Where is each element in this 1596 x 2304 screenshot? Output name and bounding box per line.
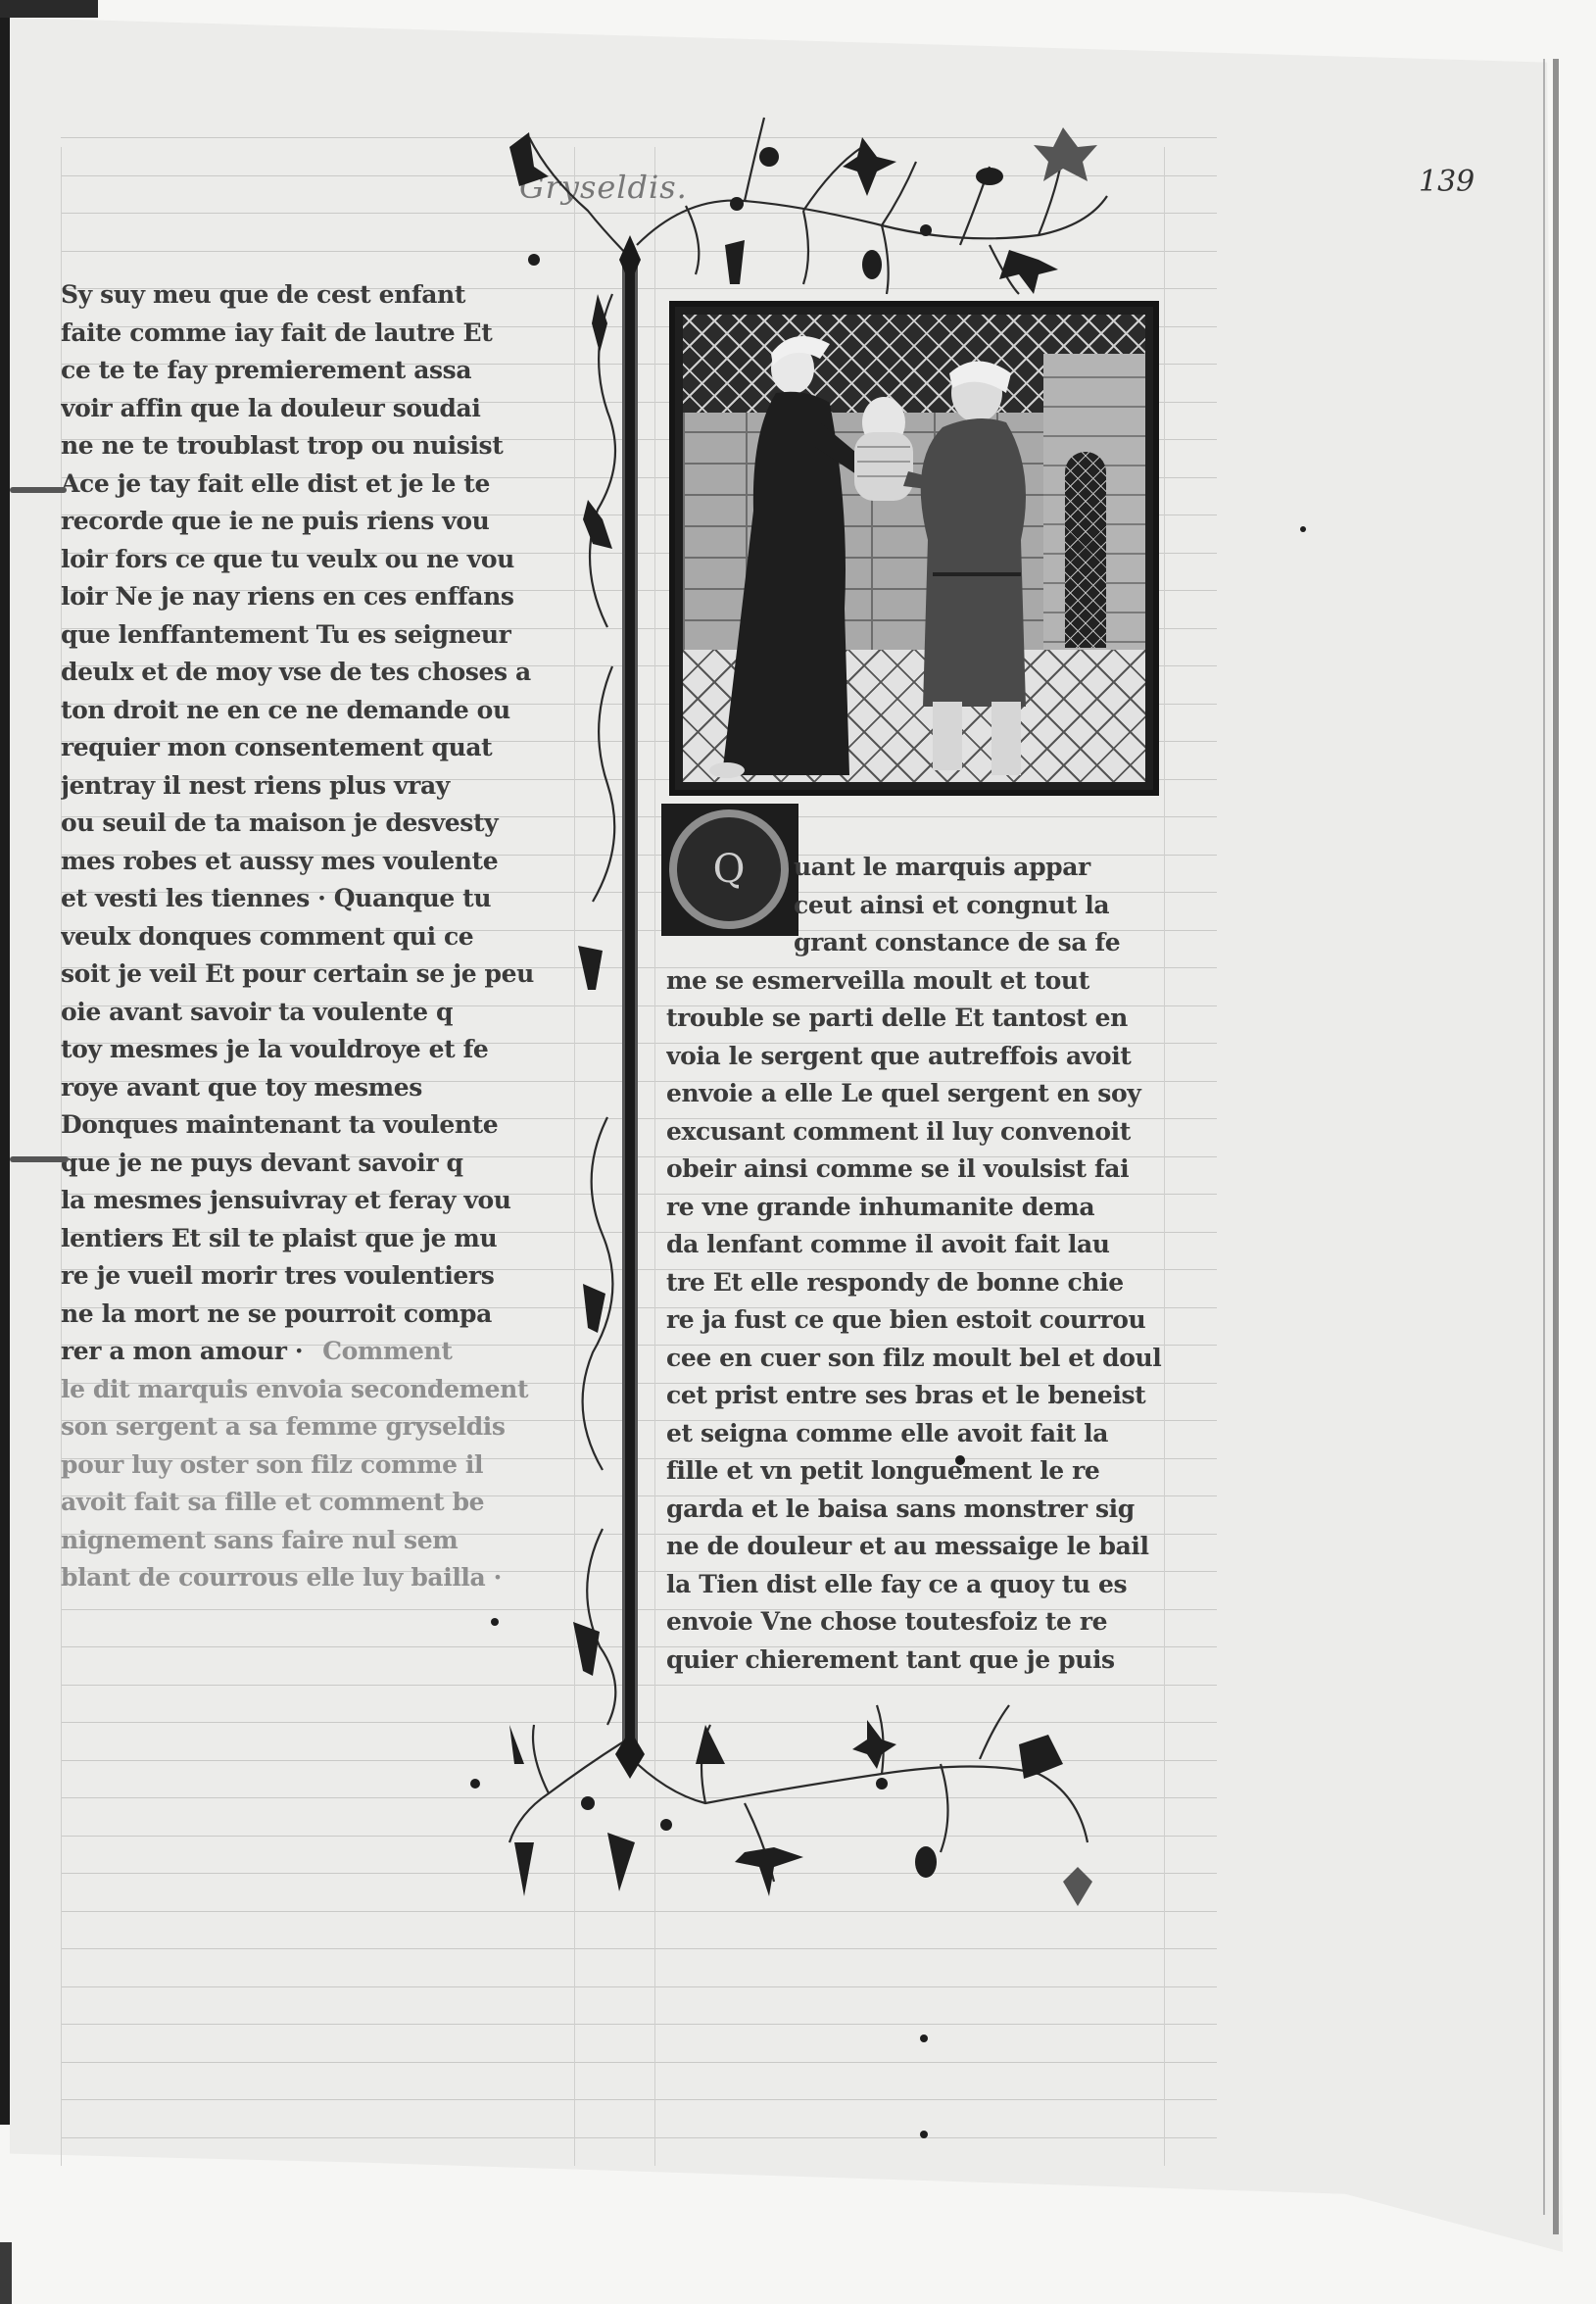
text-line: oie avant savoir ta voulente q [61,994,570,1032]
text-line: Donques maintenant ta voulente [61,1106,570,1145]
text-line: excusant comment il luy convenoit [666,1113,1176,1152]
page-edge-inner [1543,59,1545,2215]
text-line: toy mesmes je la vouldroye et fe [61,1031,570,1069]
ruling-line [61,1685,1217,1686]
text-line: re vne grande inhumanite dema [666,1189,1176,1227]
miniature-illustration [669,301,1159,796]
ruling-line [61,2024,1217,2025]
text-line: que je ne puys devant savoir q [61,1145,570,1183]
text-line: tre Et elle respondy de bonne chie [666,1264,1176,1302]
ruling-line [61,1760,1217,1761]
paragraph-mark [10,1156,69,1162]
text-line: ne la mort ne se pourroit compa [61,1296,570,1334]
text-line: loir Ne je nay riens en ces enffans [61,578,570,616]
binding-corner-bottom [0,2242,12,2304]
folio-number: 139 [1419,165,1475,199]
text-line: deulx et de moy vse de tes choses a [61,654,570,692]
rubric-line: avoit fait sa fille et comment be [61,1484,570,1522]
page-edge [1553,59,1559,2234]
text-line: quier chierement tant que je puis [666,1642,1176,1680]
ruling-line [61,2062,1217,2063]
margin-rule-col1-right [574,147,575,2166]
text-line: ceut ainsi et congnut la [666,887,1176,925]
rubric-line: nignement sans faire nul sem [61,1522,570,1560]
ruling-line [61,1722,1217,1723]
lattice-window [1065,452,1106,648]
text-line: cet prist entre ses bras et le beneist [666,1377,1176,1415]
paragraph-mark [10,487,67,493]
text-line: soit je veil Et pour certain se je peu [61,956,570,994]
rubric-line: pour luy oster son filz comme il [61,1446,570,1485]
text-line: me se esmerveilla moult et tout [666,962,1176,1001]
text-line: voia le sergent que autreffois avoit [666,1038,1176,1076]
text-line: et seigna comme elle avoit fait la [666,1415,1176,1453]
text-line: recorde que ie ne puis riens vou [61,503,570,541]
right-column: uant le marquis apparceut ainsi et congn… [666,849,1176,1679]
rubric-line: blant de courrous elle luy bailla · [61,1559,570,1597]
ruling-line [61,1986,1217,1987]
ruling-line [61,1836,1217,1837]
text-line: lentiers Et sil te plaist que je mu [61,1220,570,1258]
rubric-line: le dit marquis envoia secondement [61,1371,570,1409]
text-line: mes robes et aussy mes voulente [61,843,570,881]
ruling-line [61,2099,1217,2100]
text-line: la mesmes jensuivray et feray vou [61,1182,570,1220]
text-line: obeir ainsi comme se il voulsist fai [666,1151,1176,1189]
ruling-line [61,2137,1217,2138]
text-line: re ja fust ce que bien estoit courrou [666,1301,1176,1340]
text-line: envoie a elle Le quel sergent en soy [666,1075,1176,1113]
text-line: requier mon consentement quat [61,729,570,767]
binding-spine [0,18,10,2125]
text-line: faite comme iay fait de lautre Et [61,315,570,353]
border-bar [622,263,638,1762]
ruling-line [61,1948,1217,1949]
ruling-line [61,251,1217,252]
text-line: rer a mon amour ·Comment [61,1333,570,1371]
text-line: jentray il nest riens plus vray [61,767,570,806]
text-line: ton droit ne en ce ne demande ou [61,692,570,730]
text-line: que lenffantement Tu es seigneur [61,616,570,655]
running-head: Gryseldis. [519,169,688,206]
text-line: et vesti les tiennes · Quanque tu [61,880,570,918]
text-line: ne de douleur et au messaige le bail [666,1528,1176,1566]
text-line: da lenfant comme il avoit fait lau [666,1226,1176,1264]
ruling-line [61,1873,1217,1874]
text-line: ou seuil de ta maison je desvesty [61,805,570,843]
binding-corner [0,0,98,18]
left-column: Sy suy meu que de cest enfantfaite comme… [61,276,570,1597]
tiled-floor [683,650,1145,782]
text-line: grant constance de sa fe [666,924,1176,962]
text-line: envoie Vne chose toutesfoiz te re [666,1603,1176,1642]
text-line: loir fors ce que tu veulx ou ne vou [61,541,570,579]
text-line: uant le marquis appar [666,849,1176,887]
text-line: fille et vn petit longuement le re [666,1452,1176,1491]
ruling-line [61,213,1217,214]
text-line: voir affin que la douleur soudai [61,390,570,428]
ruling-line [61,1911,1217,1912]
brick-wall [683,413,1043,653]
text-line: trouble se parti delle Et tantost en [666,1000,1176,1038]
text-line: ce te te fay premierement assa [61,352,570,390]
text-line: roye avant que toy mesmes [61,1069,570,1107]
ruling-line [61,1797,1217,1798]
rubric-text: Comment [322,1337,452,1365]
ruling-line [61,137,1217,138]
text-line: ne ne te troublast trop ou nuisist [61,427,570,466]
rubric-line: son sergent a sa femme gryseldis [61,1408,570,1446]
margin-rule-col2-left [654,147,655,2166]
text-line: cee en cuer son filz moult bel et doul [666,1340,1176,1378]
text-line: garda et le baisa sans monstrer sig [666,1491,1176,1529]
text-line: re je vueil morir tres voulentiers [61,1257,570,1296]
text-line: Sy suy meu que de cest enfant [61,276,570,315]
text-line: veulx donques comment qui ce [61,918,570,956]
text-line: Ace je tay fait elle dist et je le te [61,466,570,504]
text-line: la Tien dist elle fay ce a quoy tu es [666,1566,1176,1604]
